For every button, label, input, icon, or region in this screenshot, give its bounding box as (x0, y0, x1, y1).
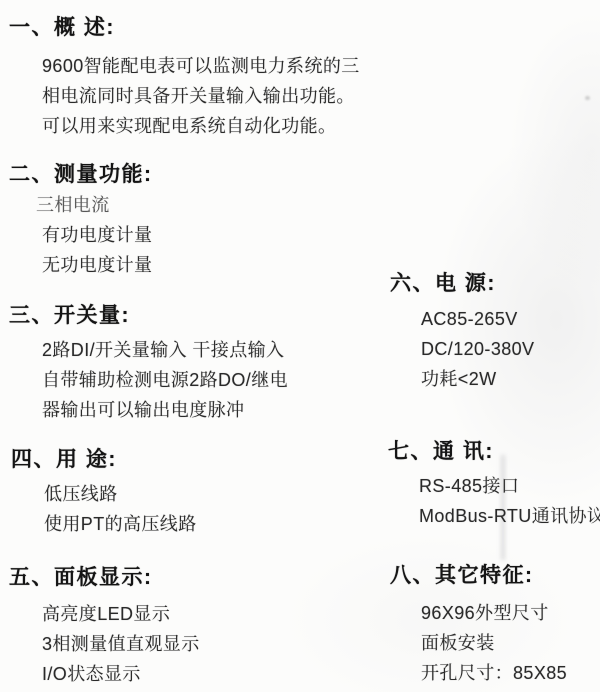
section-other-features-heading: 八、其它特征: (390, 564, 567, 588)
text-line: 3相测量值直观显示 (42, 629, 200, 659)
text-line: 面板安装 (421, 628, 567, 658)
section-power-supply: 六、电 源: AC85-265V DC/120-380V 功耗<2W (390, 272, 534, 394)
section-measurement: 二、测量功能: 三相电流 有功电度计量 无功电度计量 (9, 163, 153, 280)
section-measurement-body: 三相电流 有功电度计量 无功电度计量 (9, 190, 153, 280)
section-power-body: AC85-265V DC/120-380V 功耗<2W (390, 304, 534, 394)
section-communication-body: RS-485接口 ModBus-RTU通讯协议 (388, 471, 600, 531)
text-line: 使用PT的高压线路 (44, 509, 197, 539)
section-communication: 七、通 讯: RS-485接口 ModBus-RTU通讯协议 (388, 440, 600, 531)
text-line: 相电流同时具备开关量输入输出功能。 (42, 81, 360, 111)
section-communication-heading: 七、通 讯: (388, 440, 600, 464)
text-line: 开孔尺寸：85X85 (421, 658, 567, 688)
section-overview-body: 9600智能配电表可以监测电力系统的三 相电流同时具备开关量输入输出功能。 可以… (9, 51, 360, 141)
text-line: I/O状态显示 (42, 659, 200, 689)
text-line: 低压线路 (44, 479, 197, 509)
text-line: RS-485接口 (419, 471, 600, 501)
text-line: 器输出可以输出电度脉冲 (42, 395, 288, 425)
text-line: 功耗<2W (421, 364, 534, 394)
text-line: AC85-265V (421, 304, 534, 334)
section-panel-display: 五、面板显示: 高亮度LED显示 3相测量值直观显示 I/O状态显示 (9, 566, 200, 689)
text-line: 可以用来实现配电系统自动化功能。 (42, 111, 360, 141)
section-switching-heading: 三、开关量: (9, 304, 288, 328)
text-line: 高亮度LED显示 (42, 599, 200, 629)
document-page: 一、概 述: 9600智能配电表可以监测电力系统的三 相电流同时具备开关量输入输… (0, 0, 600, 692)
section-power-heading: 六、电 源: (390, 272, 534, 296)
text-line: 2路DI/开关量输入 干接点输入 (42, 335, 288, 365)
section-panel-display-body: 高亮度LED显示 3相测量值直观显示 I/O状态显示 (9, 599, 200, 689)
section-panel-display-heading: 五、面板显示: (9, 566, 200, 590)
section-overview-heading: 一、概 述: (9, 16, 360, 40)
text-line: 9600智能配电表可以监测电力系统的三 (42, 51, 360, 81)
scan-speck-artifact (585, 96, 590, 100)
text-line: 无功电度计量 (42, 250, 153, 280)
section-overview: 一、概 述: 9600智能配电表可以监测电力系统的三 相电流同时具备开关量输入输… (9, 16, 360, 141)
text-line: 有功电度计量 (42, 220, 153, 250)
section-switching-body: 2路DI/开关量输入 干接点输入 自带辅助检测电源2路DO/继电 器输出可以输出… (9, 335, 288, 425)
text-line: DC/120-380V (421, 334, 534, 364)
section-other-features-body: 96X96外型尺寸 面板安装 开孔尺寸：85X85 (390, 598, 567, 688)
text-line: 96X96外型尺寸 (421, 598, 567, 628)
section-switching-io: 三、开关量: 2路DI/开关量输入 干接点输入 自带辅助检测电源2路DO/继电 … (9, 304, 288, 425)
section-measurement-heading: 二、测量功能: (9, 163, 153, 187)
text-line: 自带辅助检测电源2路DO/继电 (42, 365, 288, 395)
section-application-heading: 四、用 途: (11, 448, 197, 472)
section-application-body: 低压线路 使用PT的高压线路 (11, 479, 197, 539)
text-line: ModBus-RTU通讯协议 (419, 501, 600, 531)
section-other-features: 八、其它特征: 96X96外型尺寸 面板安装 开孔尺寸：85X85 (390, 564, 567, 688)
text-line: 三相电流 (36, 190, 153, 220)
section-application: 四、用 途: 低压线路 使用PT的高压线路 (11, 448, 197, 539)
